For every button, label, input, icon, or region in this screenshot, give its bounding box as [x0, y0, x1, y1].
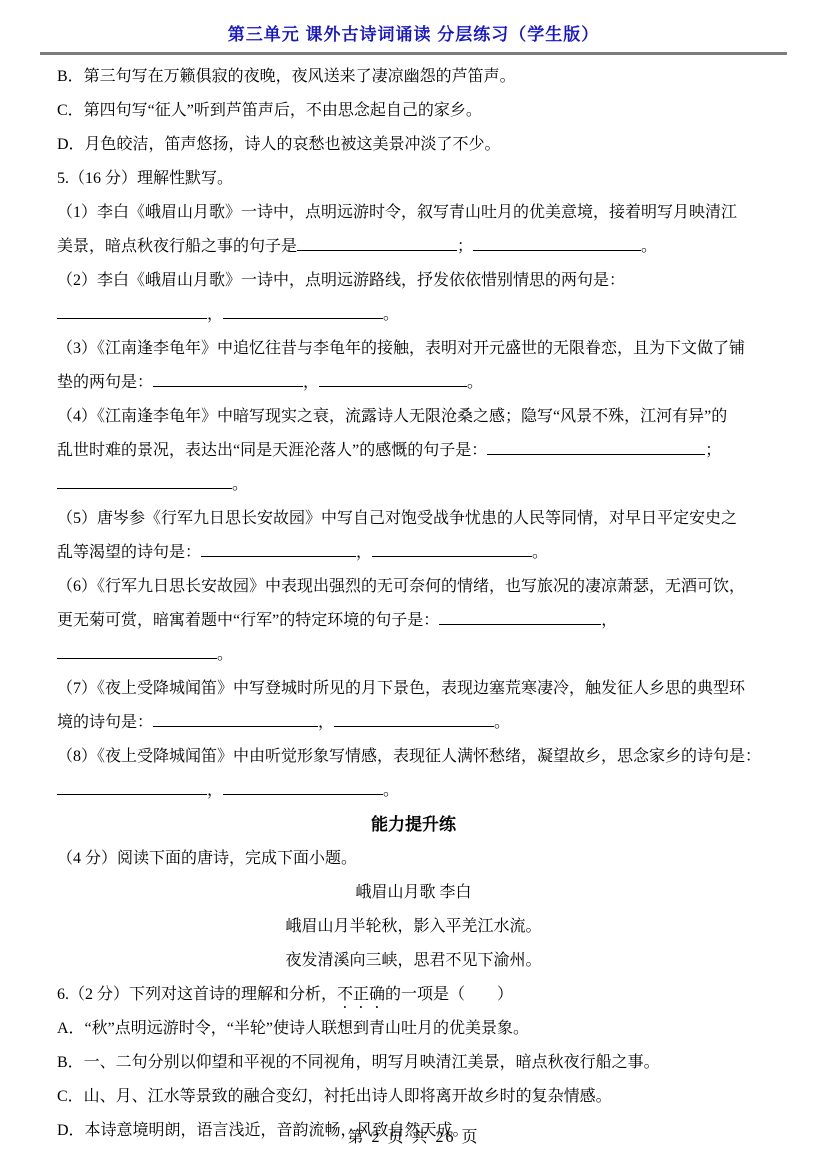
answer-blank	[334, 711, 494, 727]
q5-item8-line2: ，。	[57, 774, 770, 808]
option-d-text: D．月色皎洁，笛声悠扬，诗人的哀愁也被这美景冲淡了不少。	[57, 128, 770, 162]
q5-item7-line2-prefix: 境的诗句是：	[57, 714, 153, 731]
option-b-text: B．第三句写在万籁俱寂的夜晚，夜风送来了凄凉幽怨的芦笛声。	[57, 60, 770, 94]
q5-item1-line2: 美景，暗点秋夜行船之事的句子是；。	[57, 230, 770, 264]
end-period: 。	[383, 782, 399, 799]
q5-item2-line1: （2）李白《峨眉山月歌》一诗中，点明远游路线，抒发依依惜别情思的两句是：	[57, 264, 770, 298]
end-period: 。	[383, 306, 399, 323]
end-period: 。	[467, 374, 483, 391]
separator-comma: ，	[207, 306, 223, 323]
answer-blank	[223, 779, 383, 795]
answer-blank	[201, 541, 356, 557]
end-period: 。	[641, 238, 657, 255]
separator-comma: ，	[601, 612, 617, 629]
end-period: 。	[232, 476, 248, 493]
q5-item5-line2: 乱等渴望的诗句是：，。	[57, 536, 770, 570]
q6-stem-prefix: 6.（2 分）下列对这首诗的理解和分析，	[57, 986, 337, 1003]
question-6-stem: 6.（2 分）下列对这首诗的理解和分析，不正确的一项是（ ）	[57, 978, 770, 1012]
answer-blank	[57, 473, 232, 489]
answer-blank	[57, 643, 217, 659]
separator-comma: ，	[318, 714, 334, 731]
answer-blank	[372, 541, 532, 557]
answer-blank	[153, 371, 303, 387]
document-page: 第三单元 课外古诗词诵读 分层练习（学生版） B．第三句写在万籁俱寂的夜晚，夜风…	[0, 0, 827, 1169]
q6-option-a: A．“秋”点明远游时令，“半轮”使诗人联想到青山吐月的优美景象。	[57, 1012, 770, 1046]
q5-item4-line3: 。	[57, 468, 770, 502]
q5-item7-line1: （7）《夜上受降城闻笛》中写登城时所见的月下景色，表现边塞荒寒凄冷，触发征人乡思…	[57, 672, 770, 706]
separator-comma: ，	[303, 374, 319, 391]
answer-blank	[297, 235, 457, 251]
q6-option-b: B．一、二句分别以仰望和平视的不同视角，明写月映清江美景，暗点秋夜行船之事。	[57, 1046, 770, 1080]
end-period: 。	[217, 646, 233, 663]
end-period: 。	[532, 544, 548, 561]
section-heading-ability-practice: 能力提升练	[57, 808, 770, 842]
answer-blank	[319, 371, 467, 387]
poem-line-2: 夜发清溪向三峡，思君不见下渝州。	[57, 944, 770, 978]
page-number: 第 2 页 共 26 页	[0, 1124, 827, 1147]
q5-item2-line2: ，。	[57, 298, 770, 332]
q5-item8-line1: （8）《夜上受降城闻笛》中由听觉形象写情感，表现征人满怀愁绪，凝望故乡，思念家乡…	[57, 740, 770, 774]
separator-semicolon: ；	[705, 442, 721, 459]
separator-comma: ，	[207, 782, 223, 799]
end-period: 。	[494, 714, 510, 731]
separator-comma: ，	[356, 544, 372, 561]
option-c-text: C．第四句写“征人”听到芦笛声后，不由思念起自己的家乡。	[57, 94, 770, 128]
q5-item4-line1: （4）《江南逢李龟年》中暗写现实之衰，流露诗人无限沧桑之感；隐写“风景不殊，江河…	[57, 400, 770, 434]
q5-item3-line2: 垫的两句是：，。	[57, 366, 770, 400]
q5-item1-line2-prefix: 美景，暗点秋夜行船之事的句子是	[57, 238, 297, 255]
document-body: B．第三句写在万籁俱寂的夜晚，夜风送来了凄凉幽怨的芦笛声。 C．第四句写“征人”…	[0, 55, 827, 1148]
answer-blank	[439, 609, 601, 625]
q5-item5-line2-prefix: 乱等渴望的诗句是：	[57, 544, 201, 561]
q5-item4-line2-prefix: 乱世时难的景况，表达出“同是天涯沦落人”的感慨的句子是：	[57, 442, 487, 459]
q5-item1-line1: （1）李白《峨眉山月歌》一诗中，点明远游时令，叙写青山吐月的优美意境，接着明写月…	[57, 196, 770, 230]
q5-item6-line2: 更无菊可赏，暗寓着题中“行军”的特定环境的句子是：，	[57, 604, 770, 638]
answer-blank	[487, 439, 705, 455]
answer-blank	[153, 711, 318, 727]
reading-intro: （4 分）阅读下面的唐诗，完成下面小题。	[57, 842, 770, 876]
q5-item6-line2-prefix: 更无菊可赏，暗寓着题中“行军”的特定环境的句子是：	[57, 612, 439, 629]
answer-blank	[473, 235, 641, 251]
answer-blank	[57, 303, 207, 319]
q5-item3-line1: （3）《江南逢李龟年》中追忆往昔与李龟年的接触，表明对开元盛世的无限眷恋，且为下…	[57, 332, 770, 366]
separator-semicolon: ；	[457, 238, 473, 255]
q5-item6-line1: （6）《行军九日思长安故园》中表现出强烈的无可奈何的情绪，也写旅况的凄凉萧瑟，无…	[57, 570, 770, 604]
q6-stem-emphasized: 不正确	[337, 986, 385, 1003]
q6-stem-suffix: 的一项是（ ）	[385, 986, 513, 1003]
poem-line-1: 峨眉山月半轮秋，影入平羌江水流。	[57, 910, 770, 944]
q5-item3-line2-prefix: 垫的两句是：	[57, 374, 153, 391]
q5-item4-line2: 乱世时难的景况，表达出“同是天涯沦落人”的感慨的句子是：；	[57, 434, 770, 468]
poem-title: 峨眉山月歌 李白	[57, 876, 770, 910]
q5-item7-line2: 境的诗句是：，。	[57, 706, 770, 740]
answer-blank	[223, 303, 383, 319]
answer-blank	[57, 779, 207, 795]
page-title: 第三单元 课外古诗词诵读 分层练习（学生版）	[0, 0, 827, 45]
question-5-heading: 5.（16 分）理解性默写。	[57, 162, 770, 196]
q5-item6-line3: 。	[57, 638, 770, 672]
q6-option-c: C．山、月、江水等景致的融合变幻，衬托出诗人即将离开故乡时的复杂情感。	[57, 1080, 770, 1114]
q5-item5-line1: （5）唐岑参《行军九日思长安故园》中写自己对饱受战争忧患的人民等同情，对早日平定…	[57, 502, 770, 536]
